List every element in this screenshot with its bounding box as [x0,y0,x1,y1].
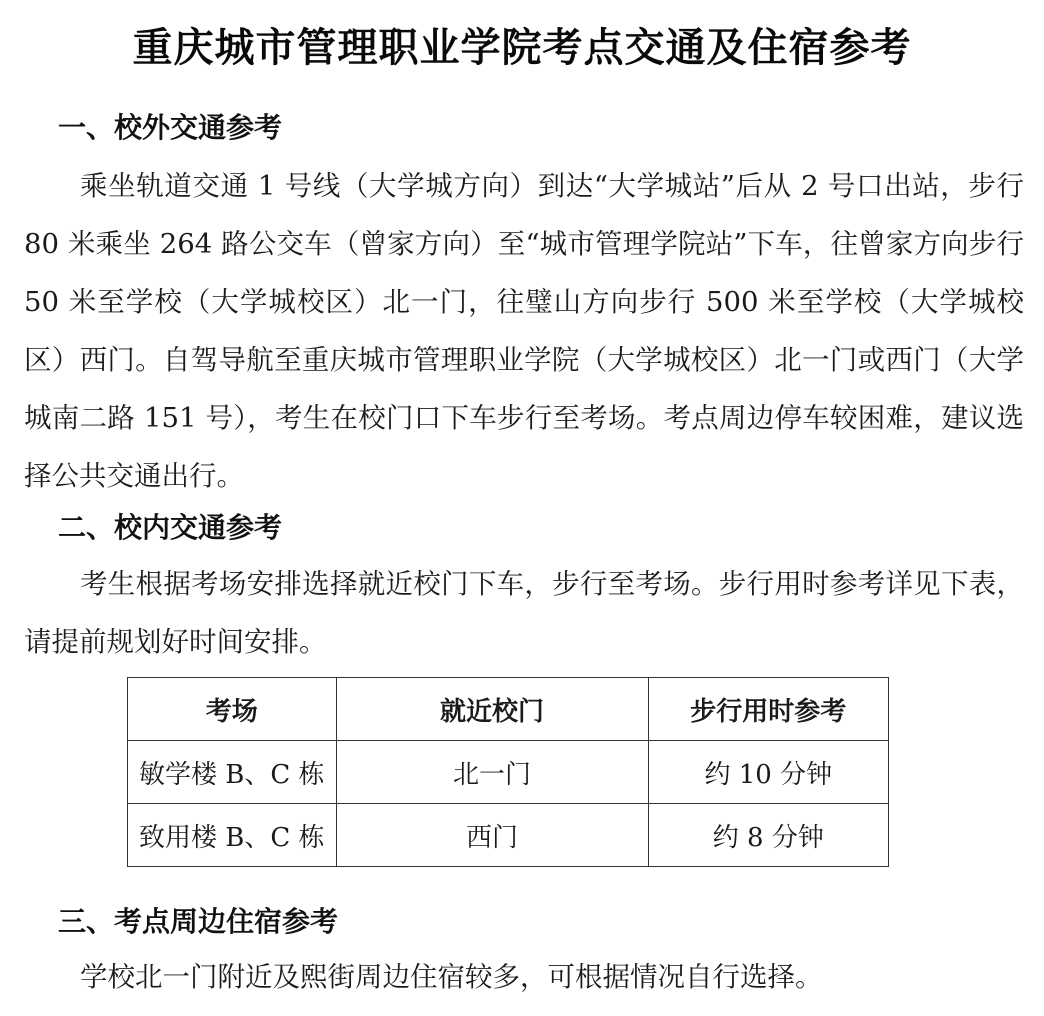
table-header-row: 考场 就近校门 步行用时参考 [128,678,889,741]
accommodation-paragraph: 学校北一门附近及熙街周边住宿较多，可根据情况自行选择。 [24,948,1024,1006]
document-page: 重庆城市管理职业学院考点交通及住宿参考 一、校外交通参考 乘坐轨道交通 1 号线… [0,0,1044,1016]
header-nearest-gate: 就近校门 [336,678,648,741]
cell-nearest-gate: 北一门 [336,741,648,804]
cell-exam-venue: 敏学楼 B、C 栋 [128,741,337,804]
header-walking-time: 步行用时参考 [648,678,888,741]
cell-exam-venue: 致用楼 B、C 栋 [128,804,337,867]
offcampus-transport-paragraph: 乘坐轨道交通 1 号线（大学城方向）到达“大学城站”后从 2 号口出站，步行 8… [24,157,1024,505]
document-title: 重庆城市管理职业学院考点交通及住宿参考 [0,18,1044,78]
cell-nearest-gate: 西门 [336,804,648,867]
cell-walking-time: 约 10 分钟 [648,741,888,804]
oncampus-transport-paragraph: 考生根据考场安排选择就近校门下车，步行至考场。步行用时参考详见下表，请提前规划好… [24,555,1024,671]
table-row: 敏学楼 B、C 栋 北一门 约 10 分钟 [128,741,889,804]
section-heading-oncampus-transport: 二、校内交通参考 [58,508,282,548]
section-heading-offcampus-transport: 一、校外交通参考 [58,108,282,148]
cell-walking-time: 约 8 分钟 [648,804,888,867]
table-row: 致用楼 B、C 栋 西门 约 8 分钟 [128,804,889,867]
walking-time-table: 考场 就近校门 步行用时参考 敏学楼 B、C 栋 北一门 约 10 分钟 致用楼… [127,677,889,867]
section-heading-accommodation: 三、考点周边住宿参考 [58,902,338,942]
header-exam-venue: 考场 [128,678,337,741]
